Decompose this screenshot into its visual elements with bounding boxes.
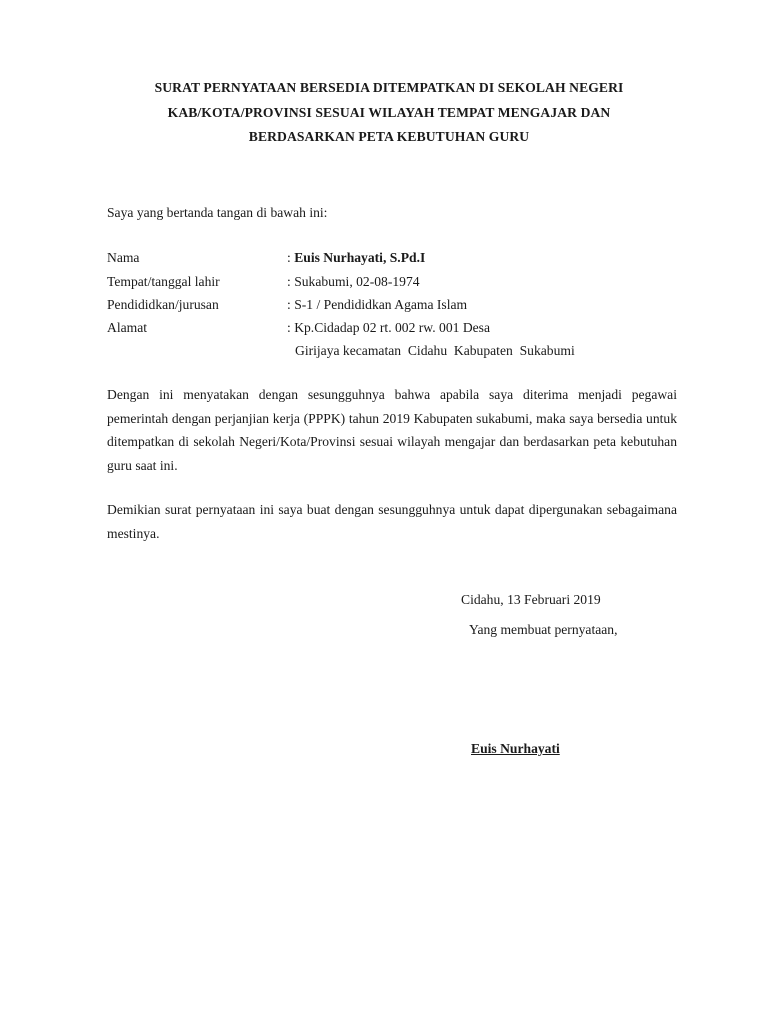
statement-paragraph: Dengan ini menyatakan dengan sesungguhny…: [107, 383, 677, 477]
field-label: Alamat: [107, 320, 147, 336]
signature-role: Yang membuat pernyataan,: [469, 622, 618, 638]
closing-paragraph: Demikian surat pernyataan ini saya buat …: [107, 498, 677, 545]
signature-name: Euis Nurhayati: [471, 741, 560, 757]
field-value: : S-1 / Pendididkan Agama Islam: [287, 297, 467, 313]
field-value: : Euis Nurhayati, S.Pd.I: [287, 250, 425, 266]
title-line: KAB/KOTA/PROVINSI SESUAI WILAYAH TEMPAT …: [100, 101, 678, 126]
field-label: Nama: [107, 250, 139, 266]
title-line: BERDASARKAN PETA KEBUTUHAN GURU: [100, 125, 678, 150]
title-line: SURAT PERNYATAAN BERSEDIA DITEMPATKAN DI…: [100, 76, 678, 101]
field-value: : Sukabumi, 02-08-1974: [287, 274, 420, 290]
address-continuation: Girijaya kecamatan Cidahu Kabupaten Suka…: [295, 343, 575, 359]
document-page: SURAT PERNYATAAN BERSEDIA DITEMPATKAN DI…: [0, 0, 768, 1024]
field-value: : Kp.Cidadap 02 rt. 002 rw. 001 Desa: [287, 320, 490, 336]
signature-place-date: Cidahu, 13 Februari 2019: [461, 592, 601, 608]
field-label: Tempat/tanggal lahir: [107, 274, 220, 290]
field-label: Pendididkan/jurusan: [107, 297, 219, 313]
document-title: SURAT PERNYATAAN BERSEDIA DITEMPATKAN DI…: [100, 76, 678, 150]
intro-text: Saya yang bertanda tangan di bawah ini:: [107, 205, 327, 221]
